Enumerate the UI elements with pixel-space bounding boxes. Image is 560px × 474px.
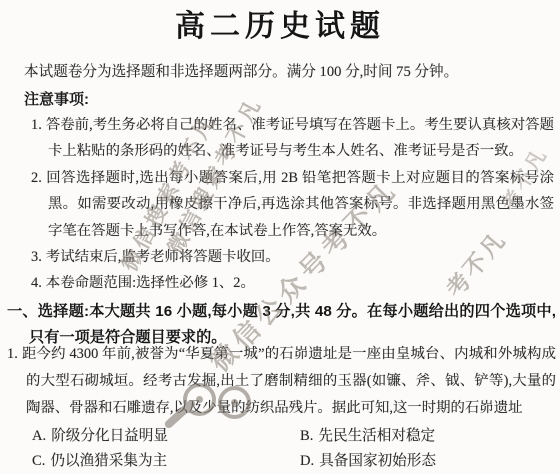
page-title: 高二历史试题	[0, 9, 560, 45]
question-1: 1.距今约 4300 年前,被誉为“华夏第一城”的石峁遗址是一座由皇城台、内城和…	[7, 341, 556, 422]
question-number: 1.	[7, 346, 18, 362]
note-item-4: 4.本卷命题范围:选择性必修 1、2。	[31, 270, 554, 296]
note-number: 2.	[31, 170, 42, 186]
option-text: 阶级分化日益明显	[51, 428, 168, 444]
exam-intro-line: 本试题卷分为选择题和非选择题两部分。满分 100 分,时间 75 分钟。	[24, 62, 552, 83]
exam-content: 高二历史试题 本试题卷分为选择题和非选择题两部分。满分 100 分,时间 75 …	[0, 9, 560, 469]
note-text: 答卷前,考生务必将自己的姓名、准考证号填写在答题卡上。考生要认真核对答题卡上粘贴…	[46, 117, 554, 159]
note-text: 考试结束后,监考老师将答题卡收回。	[46, 249, 280, 265]
note-item-3: 3.考试结束后,监考老师将答题卡收回。	[31, 244, 554, 270]
note-text: 回答选择题时,选出每小题答案后,用 2B 铅笔把答题卡上对应题目的答案标号涂黑。…	[46, 170, 554, 239]
option-b: B.先民生活相对稳定	[300, 428, 556, 444]
option-text: 先民生活相对稳定	[318, 428, 435, 444]
note-number: 3.	[31, 249, 42, 265]
option-a: A.阶级分化日益明显	[32, 428, 300, 444]
notes-heading: 注意事项:	[24, 89, 560, 110]
option-label: B.	[300, 428, 313, 444]
exam-paper-page: 高二历史试题 本试题卷分为选择题和非选择题两部分。满分 100 分,时间 75 …	[0, 0, 560, 474]
question-1-options: A.阶级分化日益明显 B.先民生活相对稳定 C.仍以渔猎采集为主 D.具备国家初…	[32, 428, 556, 469]
question-text: 距今约 4300 年前,被誉为“华夏第一城”的石峁遗址是一座由皇城台、内城和外城…	[22, 346, 556, 416]
note-item-2: 2.回答选择题时,选出每小题答案后,用 2B 铅笔把答题卡上对应题目的答案标号涂…	[31, 165, 554, 244]
option-label: D.	[300, 453, 314, 469]
note-item-1: 1.答卷前,考生务必将自己的姓名、准考证号填写在答题卡上。考生要认真核对答题卡上…	[31, 112, 554, 165]
note-number: 1.	[31, 117, 42, 133]
option-c: C.仍以渔猎采集为主	[32, 453, 300, 469]
note-text: 本卷命题范围:选择性必修 1、2。	[46, 275, 255, 291]
note-number: 4.	[31, 275, 42, 291]
option-label: C.	[32, 453, 45, 469]
option-text: 具备国家初始形态	[319, 453, 436, 469]
option-label: A.	[32, 428, 46, 444]
option-text: 仍以渔猎采集为主	[50, 453, 167, 469]
notes-list: 1.答卷前,考生务必将自己的姓名、准考证号填写在答题卡上。考生要认真核对答题卡上…	[31, 112, 554, 297]
option-d: D.具备国家初始形态	[300, 453, 556, 469]
